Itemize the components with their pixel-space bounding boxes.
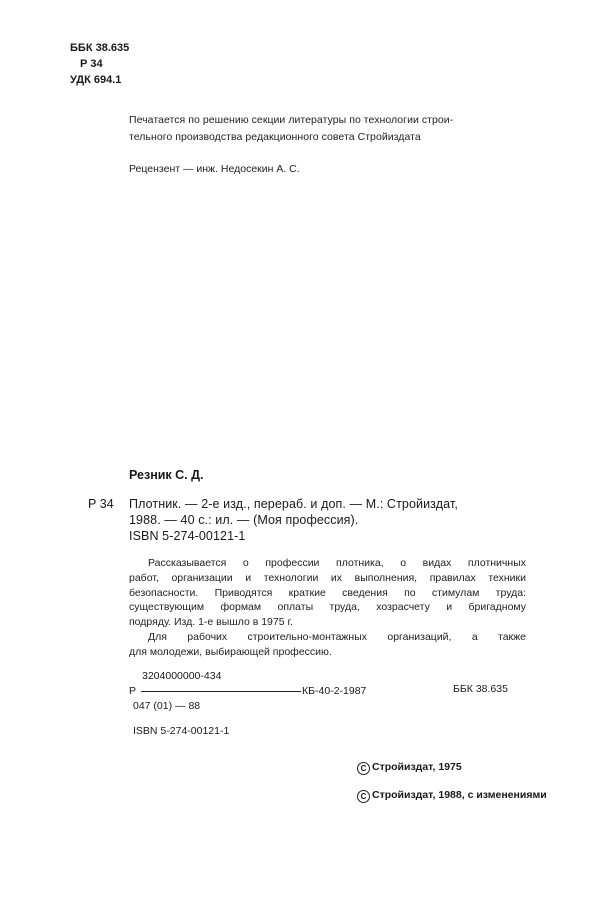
annotation-line: работ, организации и технологии их выпол…	[129, 571, 526, 586]
index-denominator: 047 (01) — 88	[133, 699, 366, 714]
udk-code: УДК 694.1	[70, 72, 129, 88]
catalog-line-title: Плотник. — 2-е изд., перераб. и доп. — М…	[129, 496, 458, 512]
copyright-line: CСтройиздат, 1975	[357, 760, 462, 775]
approval-note: Печатается по решению секции литературы …	[129, 112, 453, 146]
index-fraction-line: РКБ-40-2-1987	[133, 684, 366, 699]
publication-index: 3204000000-434 РКБ-40-2-1987 047 (01) — …	[133, 669, 366, 714]
copyright-line: CСтройиздат, 1988, с изменениями	[357, 788, 547, 803]
bbk-code: ББК 38.635	[70, 40, 129, 56]
copyright-text: Стройиздат, 1988, с изменениями	[372, 789, 547, 801]
catalog-code: Р 34	[88, 496, 114, 512]
author-name: Резник С. Д.	[129, 468, 204, 482]
annotation-line: безопасности. Приводятся краткие сведени…	[129, 586, 526, 601]
index-numerator: 3204000000-434	[133, 669, 366, 684]
copyright-text: Стройиздат, 1975	[372, 761, 462, 773]
copyright-icon: C	[357, 790, 370, 803]
catalog-line-isbn: ISBN 5-274-00121-1	[129, 528, 458, 544]
author-mark: Р 34	[70, 56, 129, 72]
isbn: ISBN 5-274-00121-1	[133, 724, 229, 739]
annotation-line: Для рабочих строительно-монтажных органи…	[129, 630, 526, 645]
classification-codes: ББК 38.635 Р 34 УДК 694.1	[70, 40, 129, 88]
copyright-icon: C	[357, 762, 370, 775]
reviewer-line: Рецензент — инж. Недосекин А. С.	[129, 161, 300, 177]
fraction-rule	[141, 691, 301, 692]
bbk-code-right: ББК 38.635	[453, 682, 508, 697]
annotation-line: существующим формам оплаты труда, хозрас…	[129, 600, 526, 615]
catalog-line-year: 1988. — 40 с.: ил. — (Моя профессия).	[129, 512, 458, 528]
approval-line: Печатается по решению секции литературы …	[129, 112, 453, 129]
annotation-line: подряду. Изд. 1-е вышло в 1975 г.	[129, 615, 526, 630]
annotation-line: Рассказывается о профессии плотника, о в…	[129, 556, 526, 571]
index-plan: КБ-40-2-1987	[302, 685, 366, 697]
catalog-description: Плотник. — 2-е изд., перераб. и доп. — М…	[129, 496, 458, 544]
annotation: Рассказывается о профессии плотника, о в…	[129, 556, 526, 660]
index-letter: Р	[129, 685, 136, 697]
approval-line: тельного производства редакционного сове…	[129, 129, 453, 146]
annotation-line: для молодежи, выбирающей профессию.	[129, 645, 526, 660]
